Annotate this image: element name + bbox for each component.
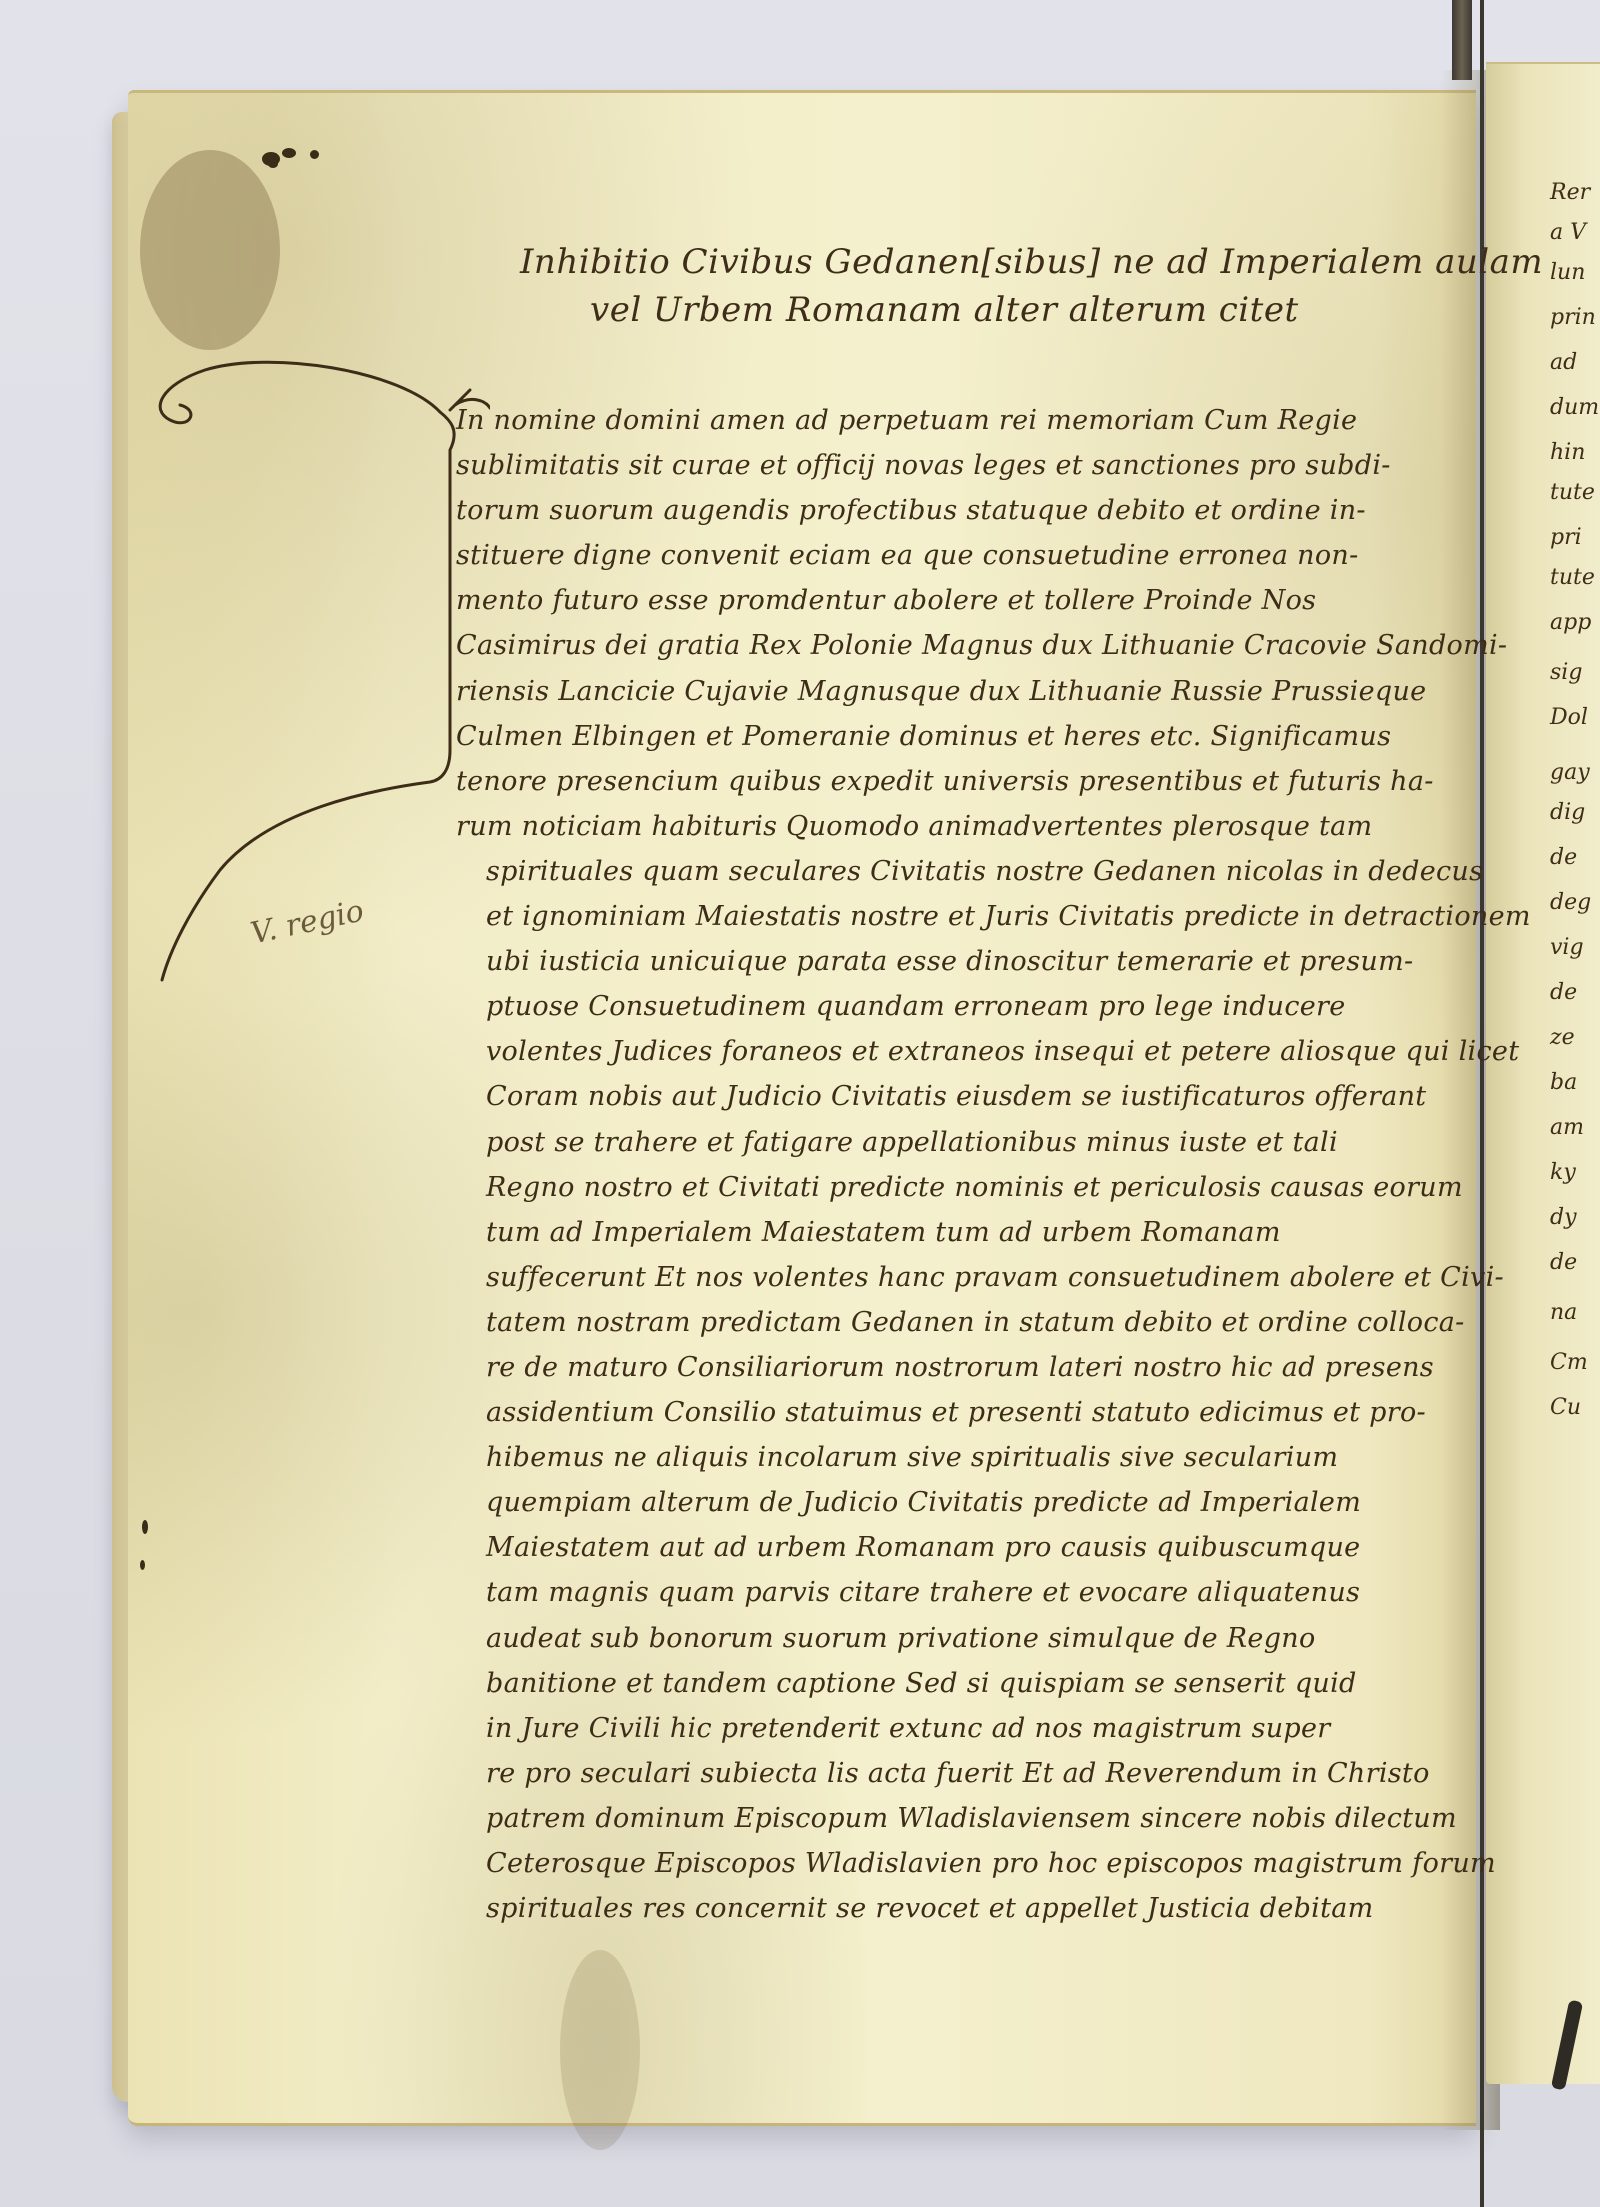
document-heading: Inhibitio Civibus Gedanen[sibus] ne ad I… bbox=[520, 238, 1543, 334]
fragment: tute bbox=[1550, 565, 1595, 590]
fragment: dum bbox=[1550, 395, 1599, 420]
stain-spot bbox=[560, 1950, 640, 2150]
fragment: na bbox=[1550, 1300, 1577, 1325]
text-line: Coram nobis aut Judicio Civitatis eiusde… bbox=[456, 1074, 1386, 1119]
ink-blot bbox=[142, 1520, 148, 1534]
fragment: tute bbox=[1550, 480, 1595, 505]
ink-blot bbox=[140, 1560, 145, 1570]
text-line: quempiam alterum de Judicio Civitatis pr… bbox=[456, 1480, 1386, 1525]
fragment: dy bbox=[1550, 1205, 1577, 1230]
fragment: Cu bbox=[1550, 1395, 1581, 1420]
text-line: audeat sub bonorum suorum privatione sim… bbox=[456, 1616, 1386, 1661]
fragment: ba bbox=[1550, 1070, 1577, 1095]
fragment: de bbox=[1550, 980, 1577, 1005]
text-line: mento futuro esse promdentur abolere et … bbox=[456, 578, 1386, 623]
fragment: ze bbox=[1550, 1025, 1575, 1050]
fragment: prin bbox=[1550, 305, 1596, 330]
text-line: riensis Lancicie Cujavie Magnusque dux L… bbox=[456, 669, 1386, 714]
text-line: torum suorum augendis profectibus statuq… bbox=[456, 488, 1386, 533]
fragment: dig bbox=[1550, 800, 1585, 825]
text-line: sublimitatis sit curae et officij novas … bbox=[456, 443, 1386, 488]
fragment: de bbox=[1550, 845, 1577, 870]
text-line: Regno nostro et Civitati predicte nomini… bbox=[456, 1165, 1386, 1210]
stain-spot bbox=[140, 150, 280, 350]
fragment: Cm bbox=[1550, 1350, 1588, 1375]
text-line: re de maturo Consiliariorum nostrorum la… bbox=[456, 1345, 1386, 1390]
fragment: ad bbox=[1550, 350, 1577, 375]
fragment: sig bbox=[1550, 660, 1582, 685]
fragment: am bbox=[1550, 1115, 1584, 1140]
heading-line-2: vel Urbem Romanam alter alterum citet bbox=[520, 286, 1543, 334]
text-line: spirituales res concernit se revocet et … bbox=[456, 1886, 1386, 1931]
text-line: assidentium Consilio statuimus et presen… bbox=[456, 1390, 1386, 1435]
text-line: In nomine domini amen ad perpetuam rei m… bbox=[456, 398, 1386, 443]
text-line: tum ad Imperialem Maiestatem tum ad urbe… bbox=[456, 1210, 1386, 1255]
binding-spine bbox=[1452, 0, 1472, 80]
text-line: Maiestatem aut ad urbem Romanam pro caus… bbox=[456, 1525, 1386, 1570]
text-line: banitione et tandem captione Sed si quis… bbox=[456, 1661, 1386, 1706]
text-line: in Jure Civili hic pretenderit extunc ad… bbox=[456, 1706, 1386, 1751]
fragment: lun bbox=[1550, 260, 1585, 285]
fragment: Rer bbox=[1550, 180, 1590, 205]
fragment: gay bbox=[1550, 760, 1590, 785]
ink-blot bbox=[310, 150, 319, 159]
manuscript-scan: Inhibitio Civibus Gedanen[sibus] ne ad I… bbox=[0, 0, 1600, 2207]
text-line: post se trahere et fatigare appellationi… bbox=[456, 1120, 1386, 1165]
text-line: patrem dominum Episcopum Wladislaviensem… bbox=[456, 1796, 1386, 1841]
text-line: hibemus ne aliquis incolarum sive spirit… bbox=[456, 1435, 1386, 1480]
text-line: Ceterosque Episcopos Wladislavien pro ho… bbox=[456, 1841, 1386, 1886]
heading-line-1: Inhibitio Civibus Gedanen[sibus] ne ad I… bbox=[520, 238, 1543, 286]
text-line: tam magnis quam parvis citare trahere et… bbox=[456, 1570, 1386, 1615]
text-line: re pro seculari subiecta lis acta fuerit… bbox=[456, 1751, 1386, 1796]
initial-flourish-bracket-icon bbox=[150, 350, 490, 990]
manuscript-body-text: In nomine domini amen ad perpetuam rei m… bbox=[456, 398, 1386, 1931]
text-line: spirituales quam seculares Civitatis nos… bbox=[456, 849, 1386, 894]
text-line: rum noticiam habituris Quomodo animadver… bbox=[456, 804, 1386, 849]
text-line: volentes Judices foraneos et extraneos i… bbox=[456, 1029, 1386, 1074]
text-line: tenore presencium quibus expedit univers… bbox=[456, 759, 1386, 804]
fragment: de bbox=[1550, 1250, 1577, 1275]
text-line: suffecerunt Et nos volentes hanc pravam … bbox=[456, 1255, 1386, 1300]
fragment: a V bbox=[1550, 220, 1586, 245]
right-folio-page bbox=[1486, 62, 1600, 2084]
ink-blot bbox=[268, 160, 278, 168]
text-line: et ignominiam Maiestatis nostre et Juris… bbox=[456, 894, 1386, 939]
text-line: Casimirus dei gratia Rex Polonie Magnus … bbox=[456, 623, 1386, 668]
text-line: stituere digne convenit eciam ea que con… bbox=[456, 533, 1386, 578]
text-line: ubi iusticia unicuique parata esse dinos… bbox=[456, 939, 1386, 984]
ink-blot bbox=[282, 148, 296, 158]
text-line: ptuose Consuetudinem quandam erroneam pr… bbox=[456, 984, 1386, 1029]
text-line: tatem nostram predictam Gedanen in statu… bbox=[456, 1300, 1386, 1345]
fragment: hin bbox=[1550, 440, 1585, 465]
fragment: app bbox=[1550, 610, 1591, 635]
fragment: Dol bbox=[1550, 705, 1588, 730]
fragment: deg bbox=[1550, 890, 1591, 915]
fragment: ky bbox=[1550, 1160, 1576, 1185]
fragment: vig bbox=[1550, 935, 1584, 960]
fragment: pri bbox=[1550, 525, 1582, 550]
text-line: Culmen Elbingen et Pomeranie dominus et … bbox=[456, 714, 1386, 759]
